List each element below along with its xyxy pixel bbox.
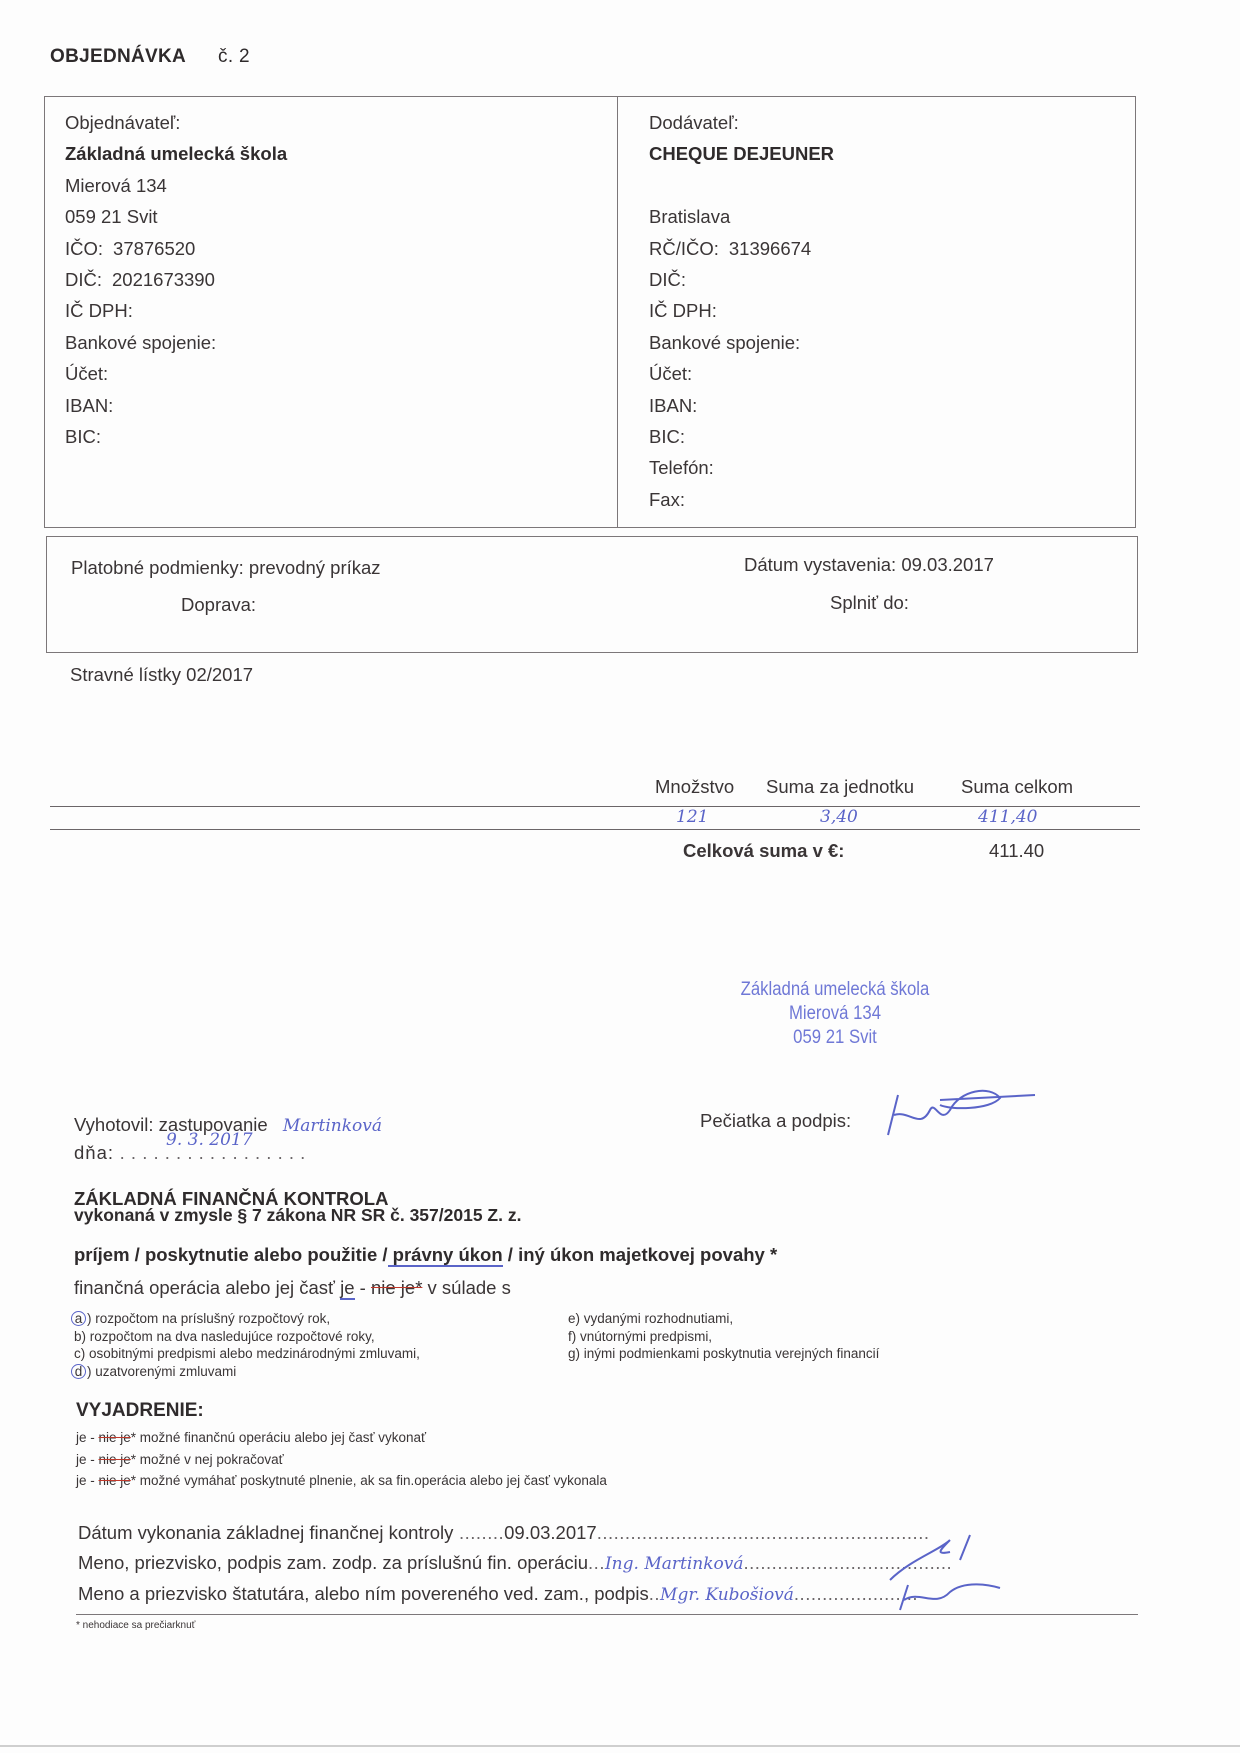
ico-label: IČO: <box>65 238 103 259</box>
ico-value: 37876520 <box>113 238 195 259</box>
orderer-section: Objednávateľ: Základná umelecká škola Mi… <box>65 107 287 452</box>
orderer-account: Účet: <box>65 358 287 389</box>
scan-edge <box>0 1745 1240 1747</box>
total-label: Celková suma v €: <box>683 840 844 862</box>
col-total: Suma celkom <box>961 776 1073 798</box>
supplier-phone: Telefón: <box>649 452 834 483</box>
compliance-suffix: v súlade s <box>422 1277 510 1298</box>
payment-terms: Platobné podmienky: prevodný príkaz <box>71 557 381 579</box>
statement-text: * možné vymáhať poskytnuté plnenie, ak s… <box>131 1473 607 1488</box>
issue-date: Dátum vystavenia: 09.03.2017 <box>744 554 994 576</box>
supplier-label: Dodávateľ: <box>649 107 834 138</box>
supplier-iban: IBAN: <box>649 390 834 421</box>
item-unit-price: 3,40 <box>820 807 858 827</box>
option-a: a) rozpočtom na príslušný rozpočtový rok… <box>74 1310 420 1328</box>
footnote-divider <box>76 1614 1138 1615</box>
control-date-value: 09.03.2017 <box>504 1522 597 1543</box>
type-selected: právny úkon <box>388 1244 503 1267</box>
item-quantity: 121 <box>676 807 708 827</box>
terms-box: Platobné podmienky: prevodný príkaz Dopr… <box>46 536 1138 653</box>
operation-type-line: príjem / poskytnutie alebo použitie / pr… <box>74 1244 777 1266</box>
compliance-no-struck: nie je* <box>371 1277 422 1298</box>
option-text: vnútornými predpismi, <box>580 1329 712 1344</box>
order-subject: Stravné lístky 02/2017 <box>70 664 253 686</box>
signature-icon <box>880 1530 1010 1615</box>
col-unit-price: Suma za jednotku <box>766 776 914 798</box>
statement-no-struck: nie je <box>99 1430 131 1445</box>
statement-no-struck: nie je <box>99 1452 131 1467</box>
ico-label: RČ/IČO: <box>649 238 719 259</box>
statutory-name: Mgr. Kubošiová <box>660 1585 794 1605</box>
order-number: č. 2 <box>218 46 250 67</box>
statement-title: VYJADRENIE: <box>76 1400 204 1422</box>
title-text: OBJEDNÁVKA <box>50 46 186 67</box>
orderer-ico: IČO:37876520 <box>65 233 287 264</box>
statement-yes: je <box>76 1430 87 1445</box>
option-text: rozpočtom na dva nasledujúce rozpočtové … <box>90 1329 375 1344</box>
option-key-circled: d <box>71 1364 86 1379</box>
option-c: c) osobitnými predpismi alebo medzinárod… <box>74 1345 420 1363</box>
school-stamp: Základná umelecká škola Mierová 134 059 … <box>640 978 1030 1050</box>
supplier-name: CHEQUE DEJEUNER <box>649 138 834 169</box>
control-heading: ZÁKLADNÁ FINANČNÁ KONTROLA vykonaná v zm… <box>74 1190 521 1224</box>
options-right: e) vydanými rozhodnutiami, f) vnútornými… <box>568 1310 879 1363</box>
responsible-line: Meno, priezvisko, podpis zam. zodp. za p… <box>78 1548 952 1580</box>
statutory-label: Meno a priezvisko štatutára, alebo ním p… <box>78 1583 649 1604</box>
orderer-name: Základná umelecká škola <box>65 138 287 169</box>
option-key: c <box>74 1346 81 1361</box>
total-value: 411.40 <box>989 840 1044 862</box>
statement-text: * možné v nej pokračovať <box>131 1452 284 1467</box>
ico-value: 31396674 <box>729 238 811 259</box>
orderer-label: Objednávateľ: <box>65 107 287 138</box>
parties-divider <box>617 97 618 527</box>
compliance-prefix: finančná operácia alebo jej časť <box>74 1277 340 1298</box>
compliance-line: finančná operácia alebo jej časť je - ni… <box>74 1277 511 1299</box>
statement-yes: je <box>76 1452 87 1467</box>
statement-text: * možné finančnú operáciu alebo jej časť… <box>131 1430 426 1445</box>
table-rule-top <box>50 806 1140 807</box>
orderer-bic: BIC: <box>65 421 287 452</box>
supplier-bank: Bankové spojenie: <box>649 327 834 358</box>
option-key: e <box>568 1311 576 1326</box>
orderer-street: Mierová 134 <box>65 170 287 201</box>
document-title: OBJEDNÁVKAč. 2 <box>50 46 250 68</box>
supplier-fax: Fax: <box>649 484 834 515</box>
orderer-dic: DIČ:2021673390 <box>65 264 287 295</box>
supplier-ico: RČ/IČO:31396674 <box>649 233 834 264</box>
supplier-account: Účet: <box>649 358 834 389</box>
dic-label: DIČ: <box>65 269 102 290</box>
supplier-section: Dodávateľ: CHEQUE DEJEUNER Bratislava RČ… <box>649 107 834 515</box>
option-text: vydanými rozhodnutiami, <box>584 1311 733 1326</box>
statutory-line: Meno a priezvisko štatutára, alebo ním p… <box>78 1579 952 1611</box>
footnote: * nehodiace sa prečiarknuť <box>76 1620 195 1631</box>
stamp-line-2: Mierová 134 <box>663 1002 1006 1026</box>
option-g: g) inými podmienkami poskytnutia verejný… <box>568 1345 879 1363</box>
option-key-circled: a <box>71 1311 86 1326</box>
statement-3: je - nie je* možné vymáhať poskytnuté pl… <box>76 1470 607 1492</box>
type-after: / iný úkon majetkovej povahy * <box>503 1244 778 1265</box>
option-f: f) vnútornými predpismi, <box>568 1328 879 1346</box>
orderer-city: 059 21 Svit <box>65 201 287 232</box>
supplier-bic: BIC: <box>649 421 834 452</box>
control-signoff: Dátum vykonania základnej finančnej kont… <box>78 1518 952 1611</box>
statement-1: je - nie je* možné finančnú operáciu ale… <box>76 1427 607 1449</box>
control-date-line: Dátum vykonania základnej finančnej kont… <box>78 1518 952 1548</box>
option-key: f <box>568 1329 572 1344</box>
transport: Doprava: <box>181 594 256 616</box>
supplier-city: Bratislava <box>649 201 834 232</box>
compliance-sep: - <box>355 1277 371 1298</box>
blank-line <box>649 170 834 201</box>
prepared-name: Martinková <box>283 1116 382 1136</box>
option-b: b) rozpočtom na dva nasledujúce rozpočto… <box>74 1328 420 1346</box>
orderer-iban: IBAN: <box>65 390 287 421</box>
signature-label: Pečiatka a podpis: <box>700 1110 851 1132</box>
deliver-by: Splniť do: <box>830 592 909 614</box>
option-e: e) vydanými rozhodnutiami, <box>568 1310 879 1328</box>
supplier-icdph: IČ DPH: <box>649 295 834 326</box>
statement-2: je - nie je* možné v nej pokračovať <box>76 1449 607 1471</box>
options-left: a) rozpočtom na príslušný rozpočtový rok… <box>74 1310 420 1380</box>
control-subtitle: vykonaná v zmysle § 7 zákona NR SR č. 35… <box>74 1207 521 1224</box>
statement-no-struck: nie je <box>99 1473 131 1488</box>
col-quantity: Množstvo <box>655 776 734 798</box>
option-key: g <box>568 1346 576 1361</box>
compliance-yes: je <box>340 1277 354 1300</box>
item-total: 411,40 <box>978 807 1037 827</box>
statement-yes: je <box>76 1473 87 1488</box>
option-text: osobitnými predpismi alebo medzinárodným… <box>89 1346 420 1361</box>
control-date-label: Dátum vykonania základnej finančnej kont… <box>78 1522 453 1543</box>
stamp-line-3: 059 21 Svit <box>663 1026 1006 1050</box>
statements: je - nie je* možné finančnú operáciu ale… <box>76 1427 607 1492</box>
dic-value: 2021673390 <box>112 269 215 290</box>
type-before: príjem / poskytnutie alebo použitie / <box>74 1244 388 1265</box>
stamp-line-1: Základná umelecká škola <box>663 978 1006 1002</box>
option-d: d) uzatvorenými zmluvami <box>74 1363 420 1381</box>
parties-box: Objednávateľ: Základná umelecká škola Mi… <box>44 96 1136 528</box>
prepared-date-value: 9. 3. 2017 <box>166 1130 253 1150</box>
option-key: b <box>74 1329 82 1344</box>
date-label: dňa: <box>74 1142 114 1163</box>
responsible-name: Ing. Martinková <box>605 1554 744 1574</box>
orderer-bank: Bankové spojenie: <box>65 327 287 358</box>
table-rule-bottom <box>50 829 1140 830</box>
responsible-label: Meno, priezvisko, podpis zam. zodp. za p… <box>78 1552 588 1573</box>
supplier-dic: DIČ: <box>649 264 834 295</box>
option-text: inými podmienkami poskytnutia verejných … <box>584 1346 880 1361</box>
signature-icon <box>880 1080 1040 1140</box>
option-text: rozpočtom na príslušný rozpočtový rok, <box>95 1311 330 1326</box>
option-text: uzatvorenými zmluvami <box>95 1364 236 1379</box>
orderer-icdph: IČ DPH: <box>65 295 287 326</box>
